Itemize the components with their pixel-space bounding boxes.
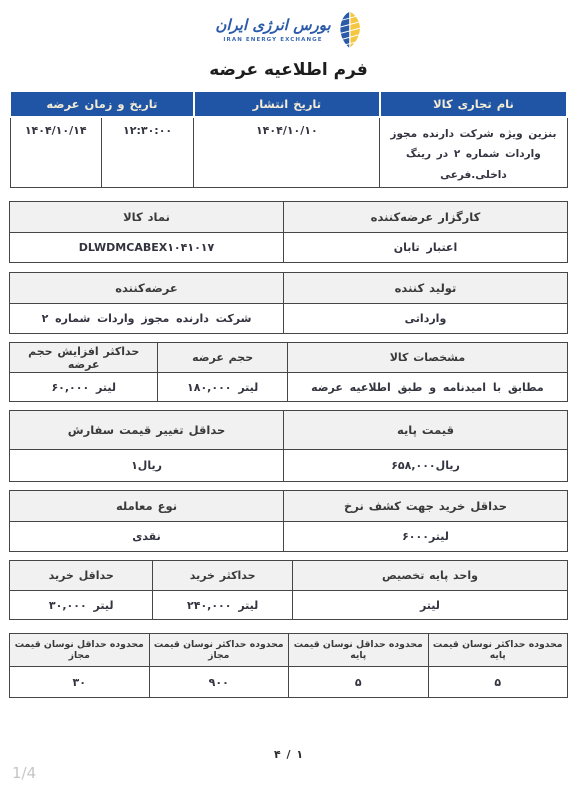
fluctuation-range-table: محدوده حداکثر نوسان قیمت پایه محدوده حدا… [9, 633, 568, 698]
col-header-min-tick: حداقل تغییر قیمت سفارش [10, 411, 284, 450]
discovery-tradetype-table: حداقل خرید جهت کشف نرخ نوع معامله لیتر۶۰… [9, 490, 568, 552]
logo-text-block: بورس انرژی ایران IRAN ENERGY EXCHANGE [215, 17, 330, 43]
col-header-volume: حجم عرضه [158, 343, 287, 373]
min-discovery-value: لیتر۶۰۰۰ [283, 522, 567, 552]
col-header-producer: تولید کننده [283, 273, 567, 304]
document-header: بورس انرژی ایران IRAN ENERGY EXCHANGE فر… [0, 0, 577, 82]
min-tick-value: ریال۱ [10, 450, 284, 482]
table-header-row: واحد پایه تخصیص حداکثر خرید حداقل خرید [10, 561, 568, 591]
producer-value: وارداتی [283, 304, 567, 334]
supplier-value: شرکت دارنده مجوز واردات شماره ۲ [10, 304, 284, 334]
form-title: فرم اطلاعیه عرضه [0, 58, 577, 82]
col-header-max-base-fluct: محدوده حداکثر نوسان قیمت پایه [428, 634, 568, 667]
col-header-max-increase: حداکثر افزایش حجم عرضه [10, 343, 158, 373]
specs-volume-table: مشخصات کالا حجم عرضه حداکثر افزایش حجم ع… [9, 342, 568, 402]
col-header-supply-datetime: تاریخ و زمان عرضه [10, 91, 194, 117]
table-value-row: وارداتی شرکت دارنده مجوز واردات شماره ۲ [10, 304, 568, 334]
energy-leaf-icon [338, 7, 362, 53]
supply-schedule-table: نام تجاری کالا تاریخ انتشار تاریخ و زمان… [9, 90, 568, 188]
col-header-max-buy: حداکثر خرید [153, 561, 293, 591]
max-allowed-fluct-value: ۹۰۰ [149, 667, 289, 698]
broker-symbol-table: کارگزار عرضه‌کننده نماد کالا اعتبار تابا… [9, 201, 568, 263]
col-header-alloc-unit: واحد پایه تخصیص [292, 561, 567, 591]
alloc-unit-value: لیتر [292, 591, 567, 620]
supply-date-value: ۱۴۰۴/۱۰/۱۴ [10, 117, 101, 188]
table-header-row: حداقل خرید جهت کشف نرخ نوع معامله [10, 491, 568, 522]
table-value-row: اعتبار تابان DLWDMCABEX۱۰۴۱۰۱۷ [10, 233, 568, 263]
producer-supplier-table: تولید کننده عرضه‌کننده وارداتی شرکت دارن… [9, 272, 568, 334]
base-price-table: قیمت پایه حداقل تغییر قیمت سفارش ریال۶۵۸… [9, 410, 568, 482]
max-increase-value: لیتر ۶۰,۰۰۰ [10, 373, 158, 402]
logo-persian-name: بورس انرژی ایران [215, 17, 330, 34]
logo-english-name: IRAN ENERGY EXCHANGE [223, 37, 322, 43]
col-header-base-price: قیمت پایه [283, 411, 567, 450]
col-header-publish-date: تاریخ انتشار [194, 91, 380, 117]
table-value-row: ریال۶۵۸,۰۰۰ ریال۱ [10, 450, 568, 482]
col-header-broker: کارگزار عرضه‌کننده [283, 202, 567, 233]
iran-energy-exchange-logo: بورس انرژی ایران IRAN ENERGY EXCHANGE [0, 6, 577, 54]
col-header-min-allowed-fluct: محدوده حداقل نوسان قیمت مجاز [10, 634, 150, 667]
table-header-row: کارگزار عرضه‌کننده نماد کالا [10, 202, 568, 233]
table-header-row: قیمت پایه حداقل تغییر قیمت سفارش [10, 411, 568, 450]
table-header-row: نام تجاری کالا تاریخ انتشار تاریخ و زمان… [10, 91, 567, 117]
symbol-value: DLWDMCABEX۱۰۴۱۰۱۷ [10, 233, 284, 263]
min-allowed-fluct-value: ۳۰ [10, 667, 150, 698]
allocation-table: واحد پایه تخصیص حداکثر خرید حداقل خرید ل… [9, 560, 568, 620]
min-buy-value: لیتر ۳۰,۰۰۰ [10, 591, 153, 620]
min-base-fluct-value: ۵ [289, 667, 429, 698]
col-header-max-allowed-fluct: محدوده حداکثر نوسان قیمت مجاز [149, 634, 289, 667]
table-value-row: بنزین ویژه شرکت دارنده مجوز واردات شماره… [10, 117, 567, 188]
col-header-specs: مشخصات کالا [287, 343, 567, 373]
table-header-row: مشخصات کالا حجم عرضه حداکثر افزایش حجم ع… [10, 343, 568, 373]
page-watermark: 1/4 [12, 764, 36, 782]
max-base-fluct-value: ۵ [428, 667, 568, 698]
volume-value: لیتر ۱۸۰,۰۰۰ [158, 373, 287, 402]
trade-type-value: نقدی [10, 522, 284, 552]
table-value-row: مطابق با امیدنامه و طبق اطلاعیه عرضه لیت… [10, 373, 568, 402]
col-header-symbol: نماد کالا [10, 202, 284, 233]
base-price-value: ریال۶۵۸,۰۰۰ [283, 450, 567, 482]
supply-notice-document: بورس انرژی ایران IRAN ENERGY EXCHANGE فر… [0, 0, 577, 800]
col-header-min-base-fluct: محدوده حداقل نوسان قیمت پایه [289, 634, 429, 667]
supply-time-value: ۱۲:۳۰:۰۰ [101, 117, 193, 188]
col-header-min-discovery: حداقل خرید جهت کشف نرخ [283, 491, 567, 522]
table-value-row: ۵ ۵ ۹۰۰ ۳۰ [10, 667, 568, 698]
table-header-row: محدوده حداکثر نوسان قیمت پایه محدوده حدا… [10, 634, 568, 667]
table-header-row: تولید کننده عرضه‌کننده [10, 273, 568, 304]
col-header-trade-type: نوع معامله [10, 491, 284, 522]
col-header-min-buy: حداقل خرید [10, 561, 153, 591]
max-buy-value: لیتر ۲۴۰,۰۰۰ [153, 591, 293, 620]
trade-name-value: بنزین ویژه شرکت دارنده مجوز واردات شماره… [380, 117, 567, 188]
publish-date-value: ۱۴۰۴/۱۰/۱۰ [194, 117, 380, 188]
form-body: نام تجاری کالا تاریخ انتشار تاریخ و زمان… [0, 90, 577, 698]
broker-value: اعتبار تابان [283, 233, 567, 263]
table-value-row: لیتر لیتر ۲۴۰,۰۰۰ لیتر ۳۰,۰۰۰ [10, 591, 568, 620]
table-value-row: لیتر۶۰۰۰ نقدی [10, 522, 568, 552]
page-number-fa: ۱ / ۴ [0, 748, 577, 761]
col-header-supplier: عرضه‌کننده [10, 273, 284, 304]
col-header-trade-name: نام تجاری کالا [380, 91, 567, 117]
specs-value: مطابق با امیدنامه و طبق اطلاعیه عرضه [287, 373, 567, 402]
